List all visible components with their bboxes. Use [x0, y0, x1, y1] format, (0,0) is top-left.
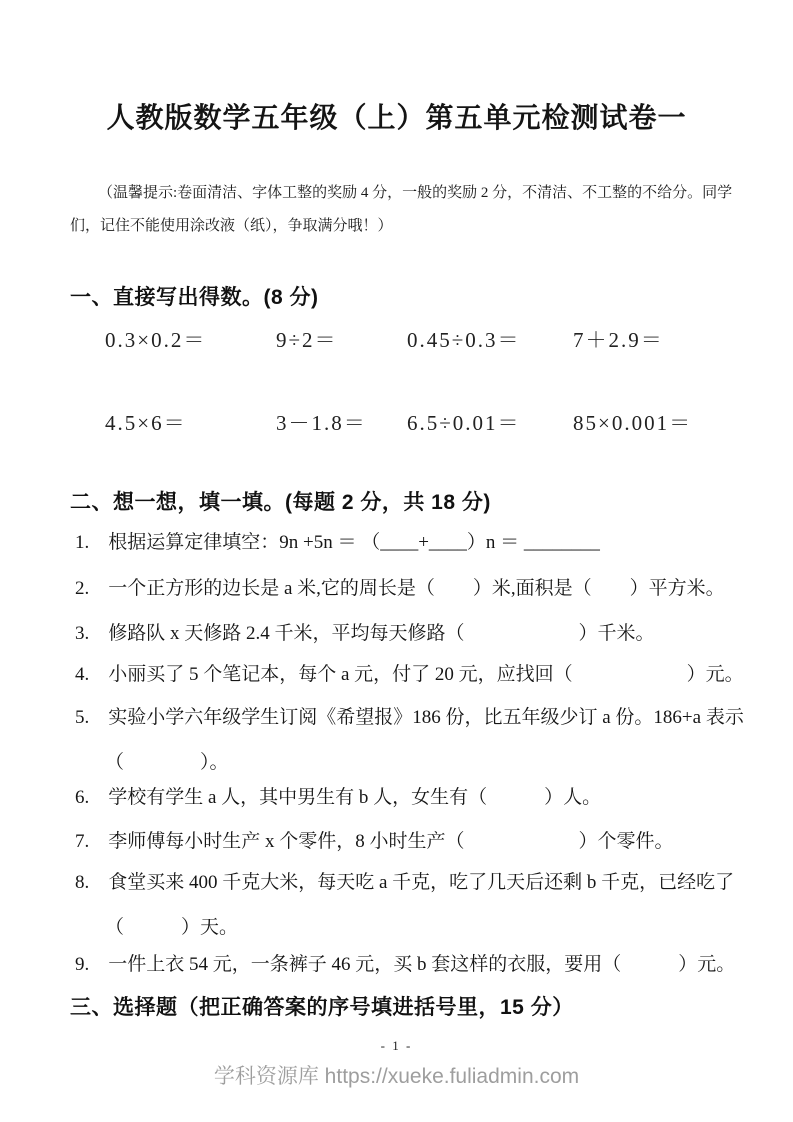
fill-item-9: 9. 一件上衣 54 元，一条裤子 46 元，买 b 套这样的衣服，要用（ ）元… — [75, 942, 793, 987]
equation: 0.3×0.2＝ — [105, 324, 276, 354]
equation: 6.5÷0.01＝ — [407, 407, 573, 437]
section3-heading: 三、选择题（把正确答案的序号填进括号里，15 分） — [70, 991, 574, 1021]
equation: 7＋2.9＝ — [573, 324, 793, 354]
fill-item-2: 2. 一个正方形的边长是 a 米,它的周长是（ ）米,面积是（ ）平方米。 — [75, 566, 793, 611]
watermark-link: 学科资源库 https://xueke.fuliadmin.com — [0, 1060, 793, 1090]
equation: 85×0.001＝ — [573, 407, 793, 437]
hint-paragraph: （温馨提示:卷面清洁、字体工整的奖励 4 分，一般的奖励 2 分，不清洁、不工整… — [70, 177, 738, 243]
equation: 9÷2＝ — [276, 324, 407, 354]
equation: 0.45÷0.3＝ — [407, 324, 573, 354]
fill-item-4: 4. 小丽买了 5 个笔记本，每个 a 元，付了 20 元，应找回（ ）元。 — [75, 652, 793, 697]
fill-item-8: 8. 食堂买来 400 千克大米，每天吃 a 千克，吃了几天后还剩 b 千克，已… — [75, 860, 793, 950]
equation: 3－1.8＝ — [276, 407, 407, 437]
fill-item-1: 1. 根据运算定律填空：9n +5n ＝ （____+____）n ＝ ____… — [75, 520, 793, 565]
section2-heading: 二、想一想，填一填。(每题 2 分，共 18 分) — [70, 486, 491, 516]
equation-row-2: 4.5×6＝ 3－1.8＝ 6.5÷0.01＝ 85×0.001＝ — [70, 407, 793, 437]
page-number: - 1 - — [0, 1038, 793, 1054]
section1-heading: 一、直接写出得数。(8 分) — [70, 281, 319, 311]
fill-item-3: 3. 修路队 x 天修路 2.4 千米，平均每天修路（ ）千米。 — [75, 611, 793, 656]
fill-item-5: 5. 实验小学六年级学生订阅《希望报》186 份，比五年级少订 a 份。186+… — [75, 695, 793, 785]
fill-item-6: 6. 学校有学生 a 人，其中男生有 b 人，女生有（ ）人。 — [75, 775, 793, 820]
equation-row-1: 0.3×0.2＝ 9÷2＝ 0.45÷0.3＝ 7＋2.9＝ — [70, 324, 793, 354]
fill-item-7: 7. 李师傅每小时生产 x 个零件，8 小时生产（ ）个零件。 — [75, 819, 793, 864]
test-paper-page: 人教版数学五年级（上）第五单元检测试卷一 （温馨提示:卷面清洁、字体工整的奖励 … — [0, 0, 793, 1122]
page-title: 人教版数学五年级（上）第五单元检测试卷一 — [0, 96, 793, 136]
equation: 4.5×6＝ — [105, 407, 276, 437]
